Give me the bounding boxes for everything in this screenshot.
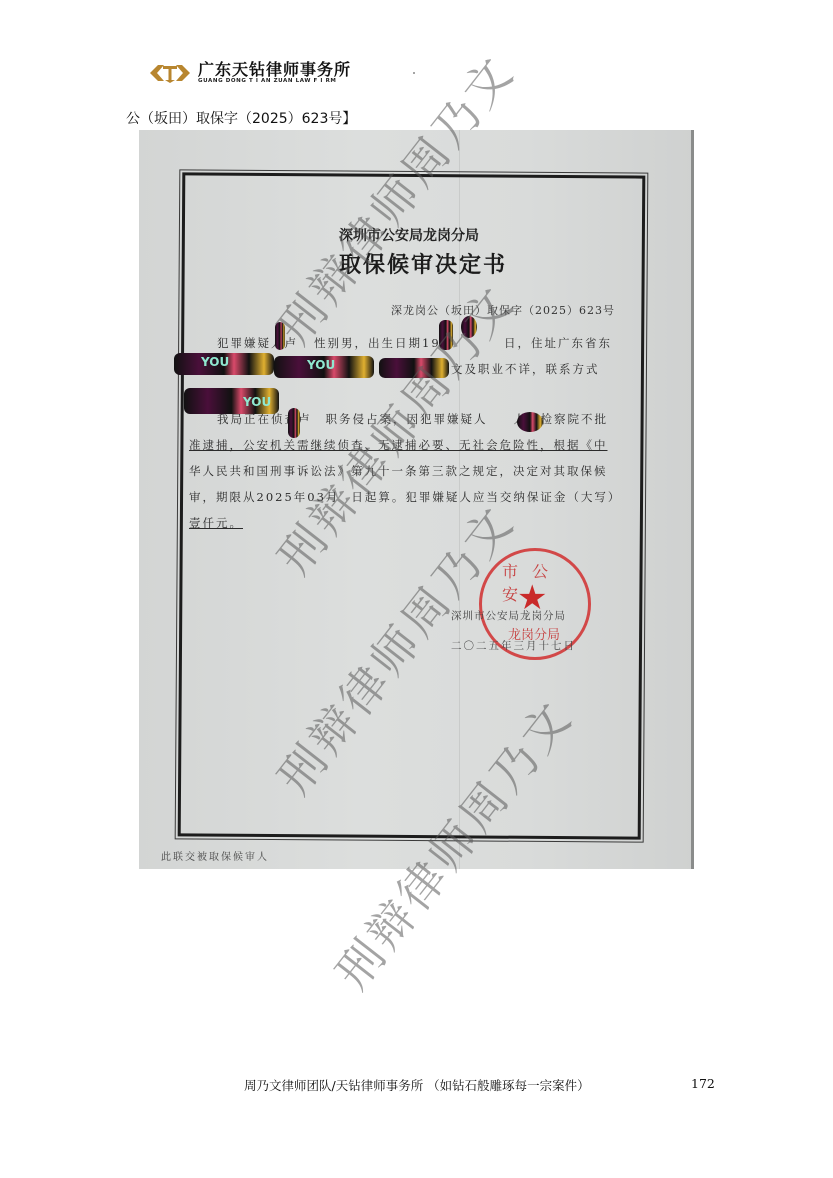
photo-edge	[691, 130, 694, 869]
redaction-label: YOU	[201, 355, 229, 369]
redaction-label: YOU	[243, 395, 271, 409]
suspect-name-prefix: 犯罪嫌疑人卢	[217, 336, 298, 350]
document-caption: 公（坂田）取保字（2025）623号】	[126, 108, 356, 128]
document-photo: 深圳市公安局龙岗分局 取保候审决定书 深龙岗公（坂田）取保字（2025）623号…	[139, 130, 694, 869]
firm-name-en: GUANG DONG T I AN ZUAN LAW F I RM	[198, 79, 351, 85]
diamond-t-logo-icon	[148, 62, 192, 84]
redaction-label: YOU	[307, 358, 335, 372]
redaction-block	[288, 408, 300, 438]
firm-name-cn: 广东天钻律师事务所	[198, 62, 351, 78]
copy-note: 此联交被取保候审人	[161, 848, 269, 863]
header-dot	[413, 72, 415, 74]
page-footer: 周乃文律师团队/天钻律师事务所 （如钻石般雕琢每一宗案件）	[244, 1076, 590, 1094]
signature-date: 二〇二五年三月十七日	[451, 638, 576, 653]
redaction-block	[517, 412, 543, 432]
suspect-address: 日，住址广东省东	[504, 336, 612, 350]
page-number: 172	[691, 1076, 715, 1091]
firm-logo: 广东天钻律师事务所 GUANG DONG T I AN ZUAN LAW F I…	[148, 62, 351, 85]
signature-organization: 深圳市公安局龙岗分局	[451, 608, 566, 623]
bail-amount: 壹仟元。	[189, 516, 243, 530]
